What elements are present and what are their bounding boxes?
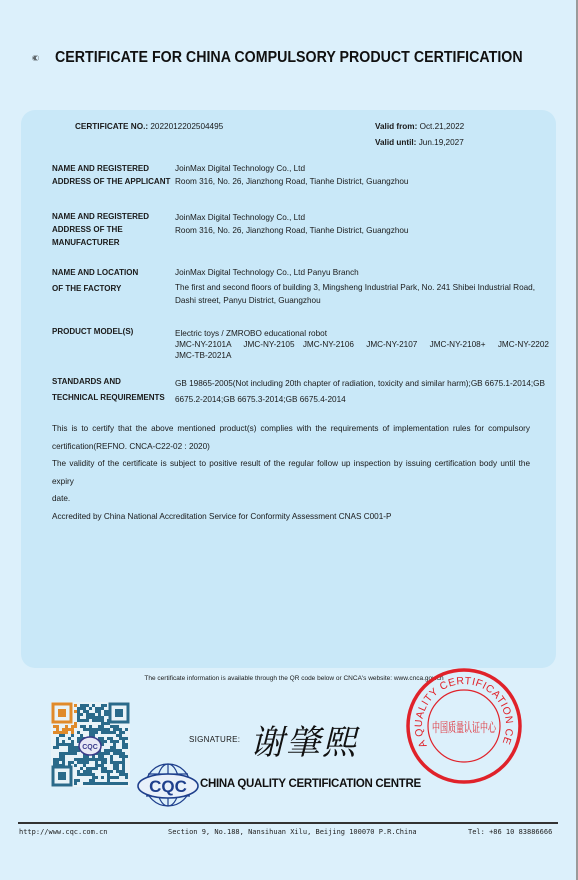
certification-statement: This is to certify that the above mentio… bbox=[52, 420, 530, 525]
factory-address-line2: Dashi street, Panyu District, Guangzhou bbox=[175, 295, 321, 307]
model-item: JMC-NY-2202 bbox=[498, 340, 549, 349]
certificate-number: CERTIFICATE NO.: 2022012202504495 bbox=[75, 121, 223, 133]
valid-until: Valid until: Jun.19,2027 bbox=[375, 137, 464, 149]
applicant-address: Room 316, No. 26, Jianzhong Road, Tianhe… bbox=[175, 176, 408, 188]
manufacturer-address: Room 316, No. 26, Jianzhong Road, Tianhe… bbox=[175, 225, 408, 237]
certificate-panel: CERTIFICATE NO.: 2022012202504495 Valid … bbox=[21, 110, 556, 668]
standards-line1: GB 19865-2005(Not including 20th chapter… bbox=[175, 378, 545, 390]
ccc-mark-icon bbox=[32, 35, 39, 81]
standards-line2: 6675.2-2014;GB 6675.3-2014;GB 6675.4-201… bbox=[175, 394, 346, 406]
svg-text:CQC: CQC bbox=[149, 777, 187, 796]
manufacturer-name: JoinMax Digital Technology Co., Ltd bbox=[175, 212, 305, 224]
factory-name: JoinMax Digital Technology Co., Ltd Pany… bbox=[175, 267, 359, 279]
model-item: JMC-NY-2106 bbox=[303, 340, 354, 349]
factory-label: NAME AND LOCATION OF THE FACTORY bbox=[52, 265, 138, 297]
factory-address-line1: The first and second floors of building … bbox=[175, 282, 535, 294]
applicant-label: NAME AND REGISTERED ADDRESS OF THE APPLI… bbox=[52, 162, 170, 188]
issuer-name: CHINA QUALITY CERTIFICATION CENTRE bbox=[200, 778, 421, 790]
signature: 谢肇熙 bbox=[250, 715, 358, 764]
product-label: PRODUCT MODEL(S) bbox=[52, 325, 133, 338]
model-item: JMC-NY-2101A bbox=[175, 340, 231, 349]
footer-divider bbox=[18, 822, 558, 824]
footer-tel: Tel: +86 10 83886666 bbox=[468, 828, 552, 836]
footer-address: Section 9, No.188, Nansihuan Xilu, Beiji… bbox=[168, 828, 417, 836]
model-item: JMC-NY-2107 bbox=[366, 340, 417, 349]
standards-label: STANDARDS AND TECHNICAL REQUIREMENTS bbox=[52, 374, 165, 406]
manufacturer-label: NAME AND REGISTERED ADDRESS OF THE MANUF… bbox=[52, 210, 149, 249]
cqc-globe-logo-icon: CQC bbox=[137, 762, 199, 808]
model-item: JMC-TB-2021A bbox=[175, 350, 231, 362]
signature-label: SIGNATURE: bbox=[189, 735, 240, 744]
valid-from: Valid from: Oct.21,2022 bbox=[375, 121, 464, 133]
applicant-name: JoinMax Digital Technology Co., Ltd bbox=[175, 163, 305, 175]
official-seal-icon: CHINA QUALITY CERTIFICATION CENTRE 中国质量认… bbox=[404, 666, 524, 786]
certificate-header: CERTIFICATE FOR CHINA COMPULSORY PRODUCT… bbox=[32, 32, 558, 84]
qr-code-icon[interactable]: CQC bbox=[51, 702, 130, 787]
model-item: JMC-NY-2105 bbox=[243, 340, 294, 349]
footer-website[interactable]: http://www.cqc.com.cn bbox=[19, 828, 108, 836]
page-title: CERTIFICATE FOR CHINA COMPULSORY PRODUCT… bbox=[55, 49, 523, 67]
svg-text:CQC: CQC bbox=[82, 744, 98, 751]
svg-text:中国质量认证中心: 中国质量认证中心 bbox=[432, 720, 497, 736]
model-item: JMC-NY-2108+ bbox=[430, 340, 486, 349]
